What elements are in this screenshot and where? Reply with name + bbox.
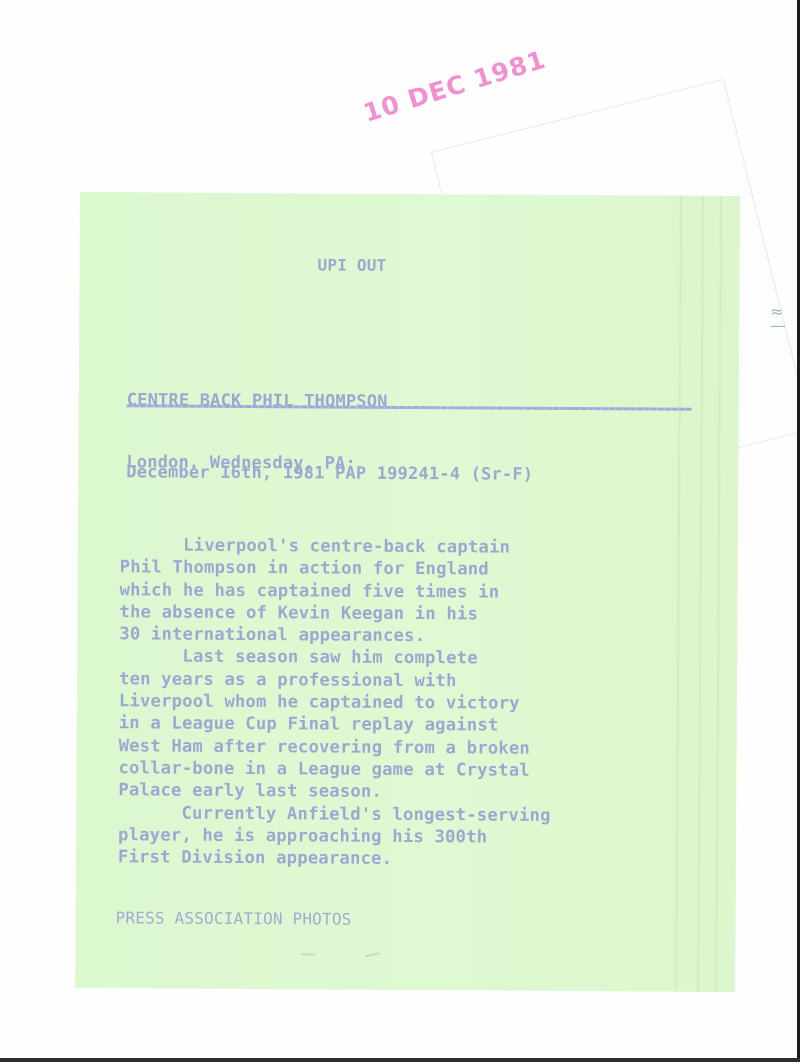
caption-line: in a League Cup Final replay against — [119, 713, 552, 738]
slug-line: UPI OUT — [318, 255, 387, 274]
caption-line: which he has captained five times in — [120, 579, 553, 604]
caption-line: First Division appearance. — [118, 846, 551, 871]
paper-edge-line — [675, 196, 682, 992]
headline-block: CENTRE BACK PHIL THOMPSON December 16th,… — [126, 340, 534, 534]
scan-edge-bottom — [0, 1058, 800, 1062]
ink-smudge — [365, 952, 379, 957]
dateline: London, Wednesday, PA: — [126, 452, 356, 473]
caption-sheet: UPI OUT CENTRE BACK PHIL THOMPSON Decemb… — [75, 192, 740, 992]
caption-line: West Ham after recovering from a broken — [119, 735, 552, 760]
headline-title: CENTRE BACK PHIL THOMPSON — [127, 388, 534, 414]
caption-line: Liverpool's centre-back captain — [120, 534, 553, 559]
paper-edge-line — [697, 196, 704, 992]
ink-smudge — [301, 953, 315, 955]
caption-line: 30 international appearances. — [119, 623, 552, 648]
caption-line: player, he is approaching his 300th — [118, 824, 551, 849]
caption-line: ten years as a professional with — [119, 668, 552, 693]
caption-line: collar-bone in a League game at Crystal — [118, 757, 551, 782]
pencil-marks: ≈— — [770, 305, 786, 333]
caption-line: Phil Thompson in action for England — [120, 557, 553, 582]
caption-body: Liverpool's centre-back captainPhil Thom… — [118, 534, 553, 871]
caption-line: the absence of Kevin Keegan in his — [119, 601, 552, 626]
caption-line: Currently Anfield's longest-serving — [118, 802, 551, 827]
caption-line: Palace early last season. — [118, 780, 551, 805]
caption-line: Liverpool whom he captained to victory — [119, 690, 552, 715]
photo-credit: PRESS ASSOCIATION PHOTOS — [116, 908, 352, 928]
paper-edge-line — [715, 196, 722, 992]
caption-line: Last season saw him complete — [119, 646, 552, 671]
